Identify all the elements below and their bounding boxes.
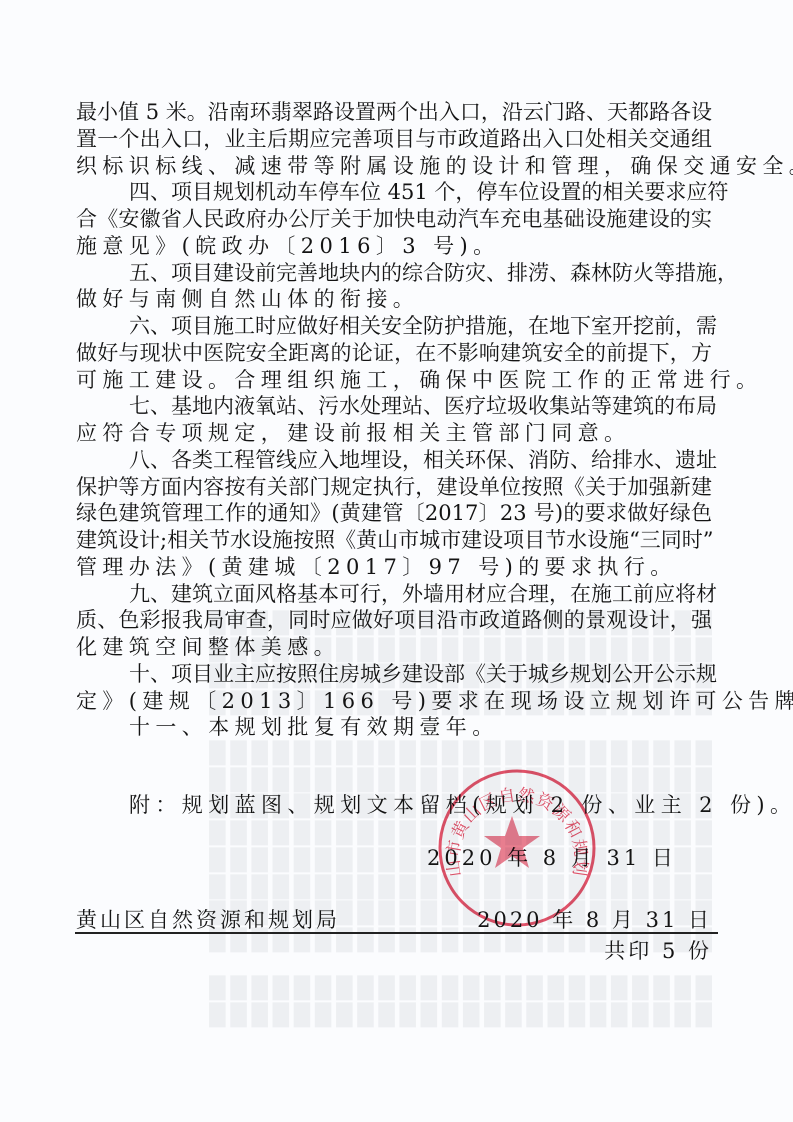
body-line: 定》(建规〔2013〕166 号)要求在现场设立规划许可公告牌。 xyxy=(76,688,712,714)
body-line: 七、基地内液氧站、污水处理站、医疗垃圾收集站等建筑的布局 xyxy=(129,393,712,419)
body-line: 施意见》(皖政办〔2016〕3 号)。 xyxy=(76,233,712,259)
body-line: 织标识标线、减速带等附属设施的设计和管理，确保交通安全。 xyxy=(76,153,712,179)
body-line: 做好与现状中医院安全距离的论证，在不影响建筑安全的前提下，方 xyxy=(76,340,712,366)
body-line: 置一个出入口，业主后期应完善项目与市政道路出入口处相关交通组 xyxy=(76,126,712,152)
body-line: 六、项目施工时应做好相关安全防护措施，在地下室开挖前，需 xyxy=(129,313,712,339)
body-line: 合《安徽省人民政府办公厅关于加快电动汽车充电基础设施建设的实 xyxy=(76,206,712,232)
body-line: 可施工建设。合理组织施工，确保中医院工作的正常进行。 xyxy=(76,367,712,393)
body-line: 五、项目建设前完善地块内的综合防灾、排涝、森林防火等措施， xyxy=(129,260,712,286)
body-line: 绿色建筑管理工作的通知》(黄建管〔2017〕23 号)的要求做好绿色 xyxy=(76,500,712,526)
issue-date: 2020 年 8 月 31 日 xyxy=(477,907,712,933)
body-line: 十、项目业主应按照住房城乡建设部《关于城乡规划公开公示规 xyxy=(129,661,712,687)
official-seal: 黄山市黄山区自然资源和规划局 xyxy=(437,768,597,928)
star-icon xyxy=(484,816,540,868)
body-line: 管理办法》(黄建城〔2017〕97 号)的要求执行。 xyxy=(76,554,712,580)
body-line: 建筑设计;相关节水设施按照《黄山市城市建设项目节水设施“三同时” xyxy=(76,527,712,553)
body-line: 最小值 5 米。沿南环翡翠路设置两个出入口，沿云门路、天都路各设 xyxy=(76,99,712,125)
body-line: 九、建筑立面风格基本可行，外墙用材应合理，在施工前应将材 xyxy=(129,581,712,607)
body-line: 四、项目规划机动车停车位 451 个，停车位设置的相关要求应符 xyxy=(129,179,712,205)
body-line: 十一、本规划批复有效期壹年。 xyxy=(129,714,712,740)
body-line: 应符合专项规定，建设前报相关主管部门同意。 xyxy=(76,420,712,446)
body-line: 八、各类工程管线应入地埋设，相关环保、消防、给排水、遗址 xyxy=(129,447,712,473)
body-line: 化建筑空间整体美感。 xyxy=(76,634,712,660)
document-page: ████████████████████████████████████████… xyxy=(0,0,793,1122)
copies-count: 共印 5 份 xyxy=(604,938,712,964)
footer-divider xyxy=(75,932,718,934)
show-through-text: ████████████████████████████████████████… xyxy=(76,975,712,1035)
body-line: 质、色彩报我局审查，同时应做好项目沿市政道路侧的景观设计，强 xyxy=(76,607,712,633)
body-line: 保护等方面内容按有关部门规定执行，建设单位按照《关于加强新建 xyxy=(76,474,712,500)
attachment-note: 附：规划蓝图、规划文本留档(规划 2 份、业主 2 份)。 xyxy=(129,792,712,818)
body-line: 做好与南侧自然山体的衔接。 xyxy=(76,286,712,312)
issuer-name: 黄山区自然资源和规划局 xyxy=(76,907,340,933)
